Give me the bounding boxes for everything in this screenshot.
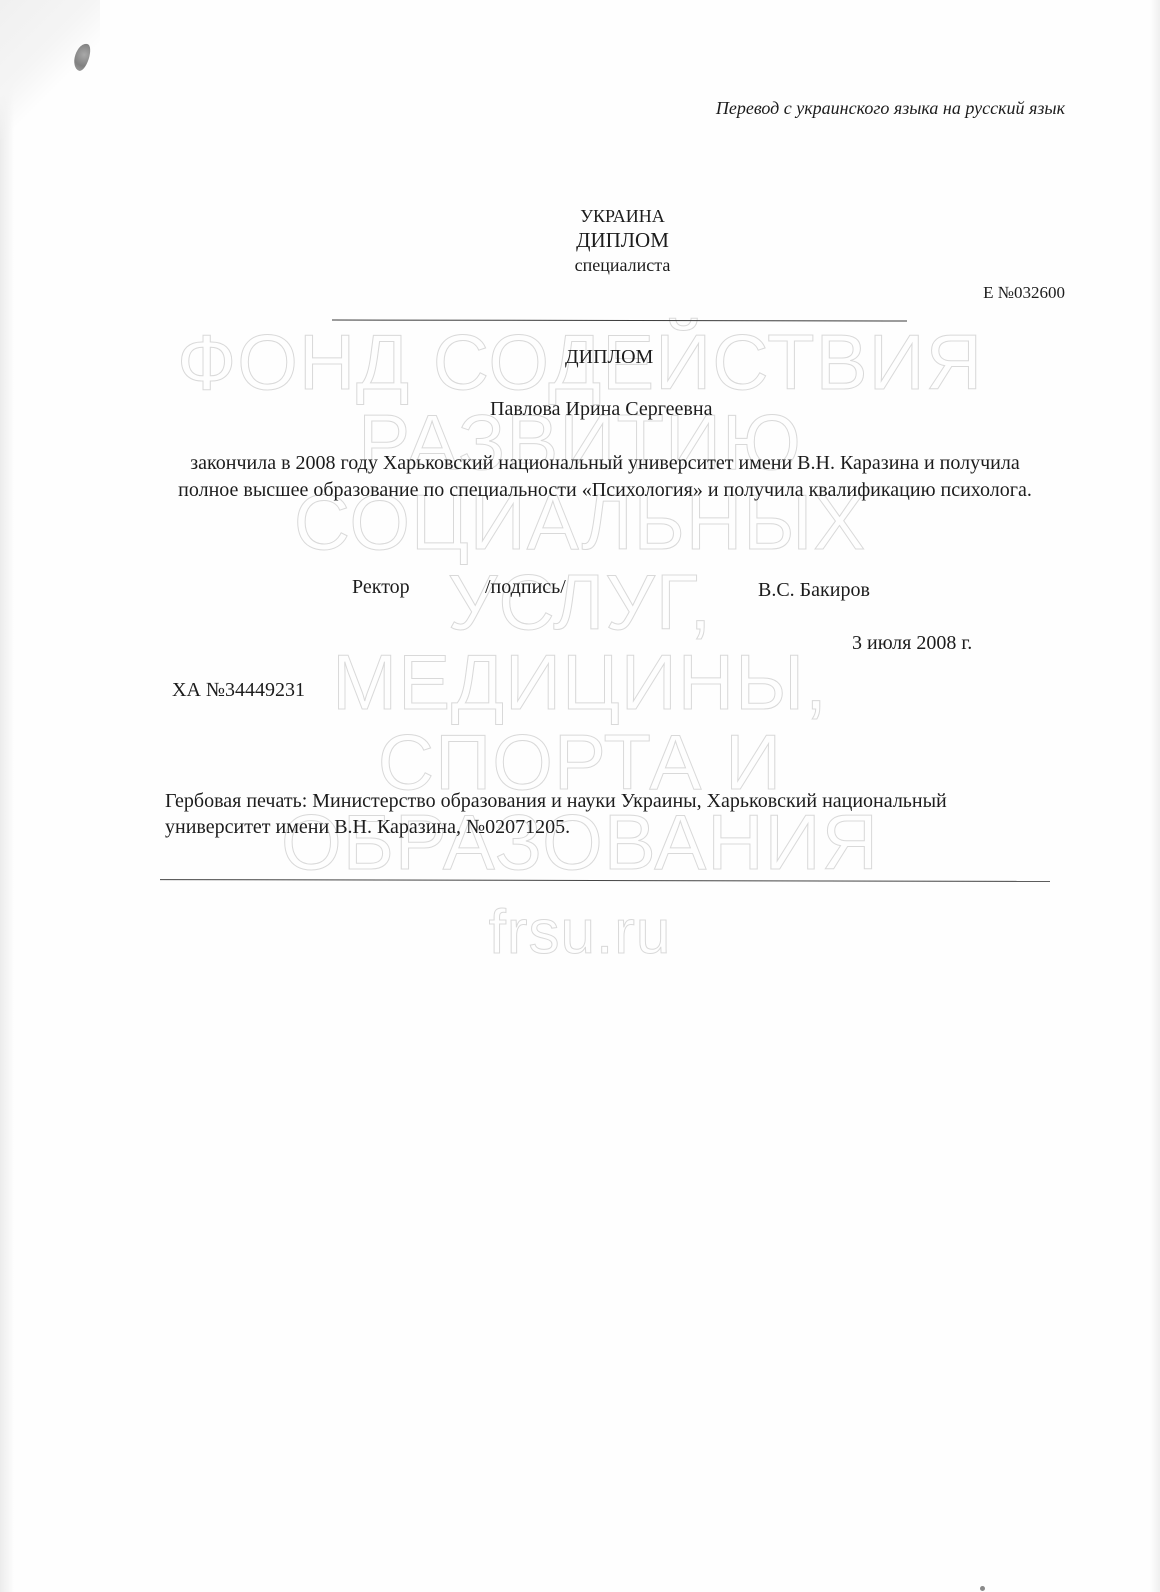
scan-speck-icon [980,1586,985,1591]
supplement-number: ХА №34449231 [172,679,305,702]
document-subtype-heading: специалиста [500,253,745,277]
issue-date: 3 июля 2008 г. [852,632,972,655]
document-header: УКРАИНА ДИПЛОМ специалиста [500,204,745,277]
watermark-url: frsu.ru [170,898,990,968]
watermark-line: МЕДИЦИНЫ, СПОРТА И [170,642,990,802]
signature-placeholder: /подпись/ [485,576,566,599]
watermark-line: СОЦИАЛЬНЫХ УСЛУГ, [170,482,990,642]
serial-number: Е №032600 [983,283,1065,303]
rector-label: Ректор [352,576,410,599]
rector-name: В.С. Бакиров [758,579,870,602]
seal-description: Гербовая печать: Министерство образовани… [165,788,1045,840]
scan-edge-shadow-right [1150,0,1160,1592]
scan-edge-shadow-left [0,0,14,1592]
diploma-title: ДИПЛОМ [565,346,653,369]
scanned-document-page: ФОНД СОДЕЙСТВИЯ РАЗВИТИЮ СОЦИАЛЬНЫХ УСЛУ… [0,0,1160,1592]
divider-line [332,319,907,321]
country-heading: УКРАИНА [500,204,745,228]
document-type-heading: ДИПЛОМ [500,228,745,253]
translation-note: Перевод с украинского языка на русский я… [716,98,1065,119]
diploma-body-text: закончила в 2008 году Харьковский национ… [170,450,1040,504]
holder-name: Павлова Ирина Сергеевна [490,398,712,421]
divider-line [160,879,1050,882]
scan-corner-fold [0,0,100,140]
